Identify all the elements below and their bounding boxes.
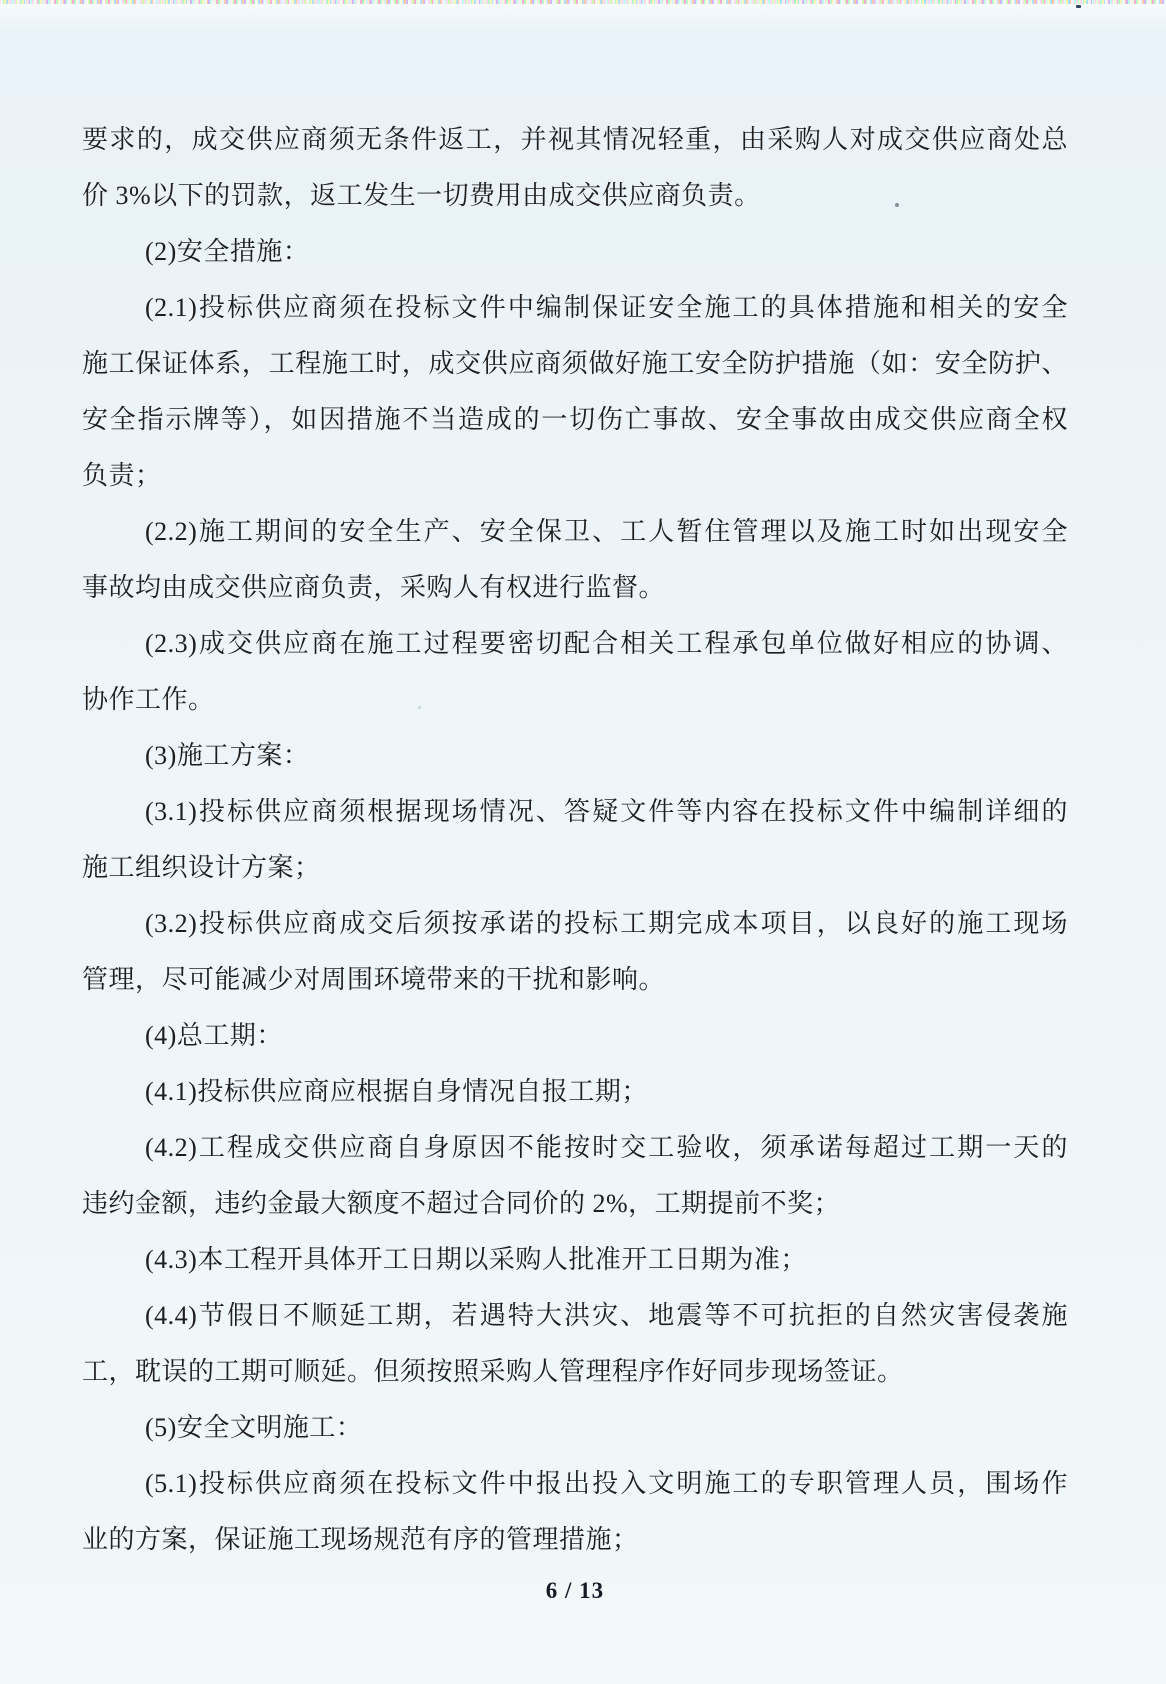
text-line: (3.1)投标供应商须根据现场情况、答疑文件等内容在投标文件中编制详细的 <box>82 784 1068 840</box>
text-line: 价 3%以下的罚款，返工发生一切费用由成交供应商负责。 <box>82 168 1068 224</box>
text-line: 管理，尽可能减少对周围环境带来的干扰和影响。 <box>82 952 1068 1008</box>
text-line: 事故均由成交供应商负责，采购人有权进行监督。 <box>82 560 1068 616</box>
text-line: (3.2)投标供应商成交后须按承诺的投标工期完成本项目，以良好的施工现场 <box>82 896 1068 952</box>
text-line: (5.1)投标供应商须在投标文件中报出投入文明施工的专职管理人员，围场作 <box>82 1456 1068 1512</box>
scan-speck <box>1076 5 1081 8</box>
page-number: 6 / 13 <box>82 1578 1068 1604</box>
text-line: (2.2)施工期间的安全生产、安全保卫、工人暂住管理以及施工时如出现安全 <box>82 504 1068 560</box>
text-line: 违约金额，违约金最大额度不超过合同价的 2%，工期提前不奖； <box>82 1176 1068 1232</box>
text-line: (4.2)工程成交供应商自身原因不能按时交工验收，须承诺每超过工期一天的 <box>82 1120 1068 1176</box>
text-line: (4.1)投标供应商应根据自身情况自报工期； <box>82 1064 1068 1120</box>
text-line: (4)总工期： <box>82 1008 1068 1064</box>
text-line: 协作工作。 <box>82 672 1068 728</box>
text-line: (2.1)投标供应商须在投标文件中编制保证安全施工的具体措施和相关的安全 <box>82 280 1068 336</box>
text-line: (5)安全文明施工： <box>82 1400 1068 1456</box>
text-line: 安全指示牌等），如因措施不当造成的一切伤亡事故、安全事故由成交供应商全权 <box>82 392 1068 448</box>
scanned-document-page: 要求的，成交供应商须无条件返工，并视其情况轻重，由采购人对成交供应商处总价 3%… <box>0 0 1166 1684</box>
text-line: 施工保证体系，工程施工时，成交供应商须做好施工安全防护措施（如：安全防护、 <box>82 336 1068 392</box>
text-line: 工，耽误的工期可顺延。但须按照采购人管理程序作好同步现场签证。 <box>82 1344 1068 1400</box>
text-line: (3)施工方案： <box>82 728 1068 784</box>
text-line: 业的方案，保证施工现场规范有序的管理措施； <box>82 1512 1068 1568</box>
text-line: 负责； <box>82 448 1068 504</box>
text-line: (4.4)节假日不顺延工期，若遇特大洪灾、地震等不可抗拒的自然灾害侵袭施 <box>82 1288 1068 1344</box>
document-body: 要求的，成交供应商须无条件返工，并视其情况轻重，由采购人对成交供应商处总价 3%… <box>82 112 1068 1568</box>
scan-noise-strip <box>0 0 1166 4</box>
text-line: 要求的，成交供应商须无条件返工，并视其情况轻重，由采购人对成交供应商处总 <box>82 112 1068 168</box>
text-line: (4.3)本工程开具体开工日期以采购人批准开工日期为准； <box>82 1232 1068 1288</box>
text-line: (2.3)成交供应商在施工过程要密切配合相关工程承包单位做好相应的协调、 <box>82 616 1068 672</box>
text-line: (2)安全措施： <box>82 224 1068 280</box>
text-line: 施工组织设计方案； <box>82 840 1068 896</box>
